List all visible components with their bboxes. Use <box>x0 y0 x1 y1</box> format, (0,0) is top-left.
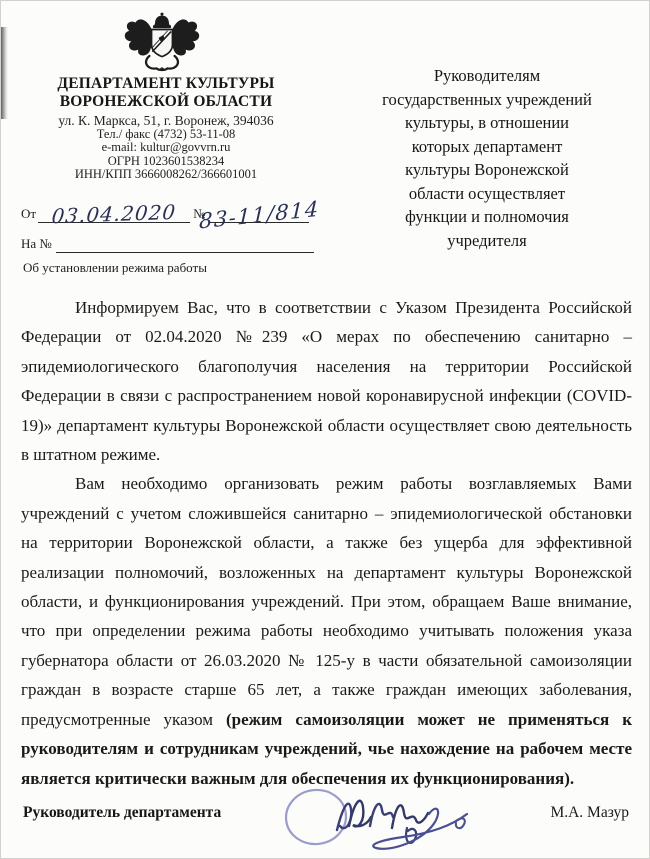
org-name-line1: ДЕПАРТАМЕНТ КУЛЬТУРЫ <box>9 75 323 93</box>
voronezh-coat-of-arms-icon <box>117 9 207 75</box>
letter-body: Информируем Вас, что в соответствии с Ук… <box>21 293 632 793</box>
org-inn-kpp: ИНН/КПП 3666008262/366601001 <box>9 168 323 182</box>
outgoing-ref-line: От 03.04.2020 № 83-11/814 <box>21 193 317 223</box>
reply-ref-line: На № <box>21 234 314 253</box>
org-address: ул. К. Маркса, 51, г. Воронеж, 394036 <box>9 114 323 128</box>
signer-position: Руководитель департамента <box>23 804 221 822</box>
signature-row: Руководитель департамента М.А. Мазур <box>23 804 629 822</box>
org-name-line2: ВОРОНЕЖСКОЙ ОБЛАСТИ <box>9 93 323 111</box>
signer-name: М.А. Мазур <box>550 804 629 822</box>
addressee-line: культуры Воронежской <box>337 158 637 182</box>
handwritten-number: 83-11/814 <box>199 197 320 234</box>
body-paragraph-2-regular: Вам необходимо организовать режим работы… <box>21 474 632 728</box>
scanned-letter-page: ДЕПАРТАМЕНТ КУЛЬТУРЫ ВОРОНЕЖСКОЙ ОБЛАСТИ… <box>0 0 650 859</box>
addressee-line: функции и полномочия <box>337 205 637 229</box>
handwritten-date: 03.04.2020 <box>50 200 177 228</box>
addressee-line: культуры, в отношении <box>337 111 637 135</box>
reply-blank <box>56 252 314 253</box>
addressee-line: которых департамент <box>337 135 637 159</box>
addressee-block: Руководителям государственных учреждений… <box>337 64 637 252</box>
org-ogrn: ОГРН 1023601538234 <box>9 155 323 169</box>
org-email: e-mail: kultur@govvrn.ru <box>9 141 323 155</box>
reply-label: На № <box>21 236 52 253</box>
number-blank: 83-11/814 <box>209 192 309 223</box>
body-paragraph-2: Вам необходимо организовать режим работы… <box>21 469 632 792</box>
addressee-line: Руководителям <box>337 64 637 88</box>
org-name: ДЕПАРТАМЕНТ КУЛЬТУРЫ ВОРОНЕЖСКОЙ ОБЛАСТИ <box>9 75 323 111</box>
body-paragraph-1: Информируем Вас, что в соответствии с Ук… <box>21 293 632 469</box>
addressee-line: учредителя <box>337 229 637 253</box>
scan-edge-artifact <box>1 27 8 119</box>
date-blank: 03.04.2020 <box>38 192 190 223</box>
letter-subject: Об установлении режима работы <box>23 260 343 276</box>
org-phone: Тел./ факс (4732) 53-11-08 <box>9 128 323 142</box>
letterhead-contacts: ул. К. Маркса, 51, г. Воронеж, 394036 Те… <box>9 114 323 182</box>
addressee-line: государственных учреждений <box>337 88 637 112</box>
from-label: От <box>21 206 36 223</box>
addressee-line: области осуществляет <box>337 182 637 206</box>
